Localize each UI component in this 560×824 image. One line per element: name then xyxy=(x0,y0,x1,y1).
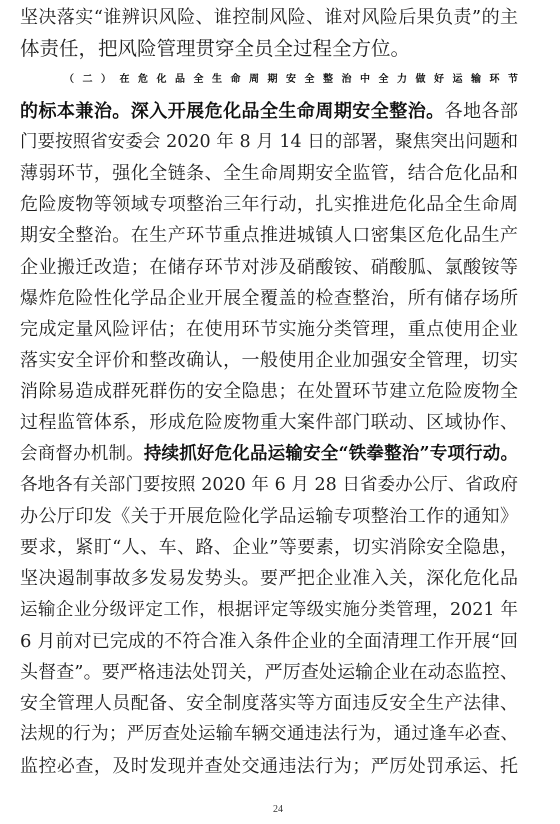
paragraph-text: 期安全整治。在生产环节重点推进城镇人口密集区危化品生产 xyxy=(20,225,518,246)
paragraph-text: 落实安全评价和整改确认，一般使用企业加强安全管理，切实 xyxy=(20,350,518,371)
text-line: 运输企业分级评定工作，根据评定等级实施分类管理，2021 年 xyxy=(20,595,518,626)
paragraph-text: 各地各有关部门要按照 2020 年 6 月 28 日省委办公厅、省政府 xyxy=(20,475,518,495)
text-line: 办公厅印发《关于开展危险化学品运输专项整治工作的通知》 xyxy=(20,501,518,532)
text-line: 体责任，把风险管理贯穿全员全过程全方位。 xyxy=(20,33,518,64)
text-line: 头督查”。要严格违法处罚关，严厉查处运输企业在动态监控、 xyxy=(20,657,518,688)
paragraph-text: 门要按照省安委会 2020 年 8 月 14 日的部署，聚焦突出问题和 xyxy=(20,132,518,152)
paragraph-text: 消除易造成群死群伤的安全隐患；在处置环节建立危险废物全 xyxy=(20,381,518,402)
text-line: （二）在危化品全生命周期安全整治中全力做好运输环节 xyxy=(20,64,518,95)
paragraph-text: 各地各部 xyxy=(445,101,518,122)
text-line: 完成定量风险评估；在使用环节实施分类管理，重点使用企业 xyxy=(20,314,518,345)
text-line: 坚决落实“谁辨识风险、谁控制风险、谁对风险后果负责”的主 xyxy=(20,2,518,33)
text-line: 要求，紧盯“人、车、路、企业”等要素，切实消除安全隐患， xyxy=(20,532,518,563)
page-number: 24 xyxy=(0,804,556,815)
bold-heading-text: 持续抓好危化品运输安全“铁拳整治”专项行动。 xyxy=(144,444,518,464)
paragraph-text: 要求，紧盯“人、车、路、企业”等要素，切实消除安全隐患， xyxy=(20,537,518,558)
paragraph-text: 头督查”。要严格违法处罚关，严厉查处运输企业在动态监控、 xyxy=(20,662,518,683)
text-line: 消除易造成群死群伤的安全隐患；在处置环节建立危险废物全 xyxy=(20,376,518,407)
text-line: 门要按照省安委会 2020 年 8 月 14 日的部署，聚焦突出问题和 xyxy=(20,127,518,158)
paragraph-text: 企业搬迁改造；在储存环节对涉及硝酸铵、硝酸胍、氯酸铵等 xyxy=(20,257,518,278)
bold-heading-text: 的标本兼治。深入开展危化品全生命周期安全整治。 xyxy=(20,101,445,122)
paragraph-text: 完成定量风险评估；在使用环节实施分类管理，重点使用企业 xyxy=(20,319,518,340)
text-line: 过程监管体系，形成危险废物重大案件部门联动、区域协作、 xyxy=(20,407,518,438)
text-line: 危险废物等领域专项整治三年行动，扎实推进危化品全生命周 xyxy=(20,189,518,220)
text-line: 期安全整治。在生产环节重点推进城镇人口密集区危化品生产 xyxy=(20,220,518,251)
text-line: 各地各有关部门要按照 2020 年 6 月 28 日省委办公厅、省政府 xyxy=(20,470,518,501)
paragraph-text: 薄弱环节，强化全链条、全生命周期安全监管，结合危化品和 xyxy=(20,163,518,184)
text-line: 监控必查，及时发现并查处交通违法行为；严厉处罚承运、托 xyxy=(20,751,518,782)
text-line: 爆炸危险性化学品企业开展全覆盖的检查整治，所有储存场所 xyxy=(20,283,518,314)
paragraph-text: 坚决落实“谁辨识风险、谁控制风险、谁对风险后果负责”的主 xyxy=(20,7,518,28)
paragraph-text: 会商督办机制。 xyxy=(20,444,144,464)
paragraph-text: 安全管理人员配备、安全制度落实等方面违反安全生产法律、 xyxy=(20,693,518,714)
text-line: 的标本兼治。深入开展危化品全生命周期安全整治。各地各部 xyxy=(20,96,518,127)
text-line: 薄弱环节，强化全链条、全生命周期安全监管，结合危化品和 xyxy=(20,158,518,189)
text-line: 落实安全评价和整改确认，一般使用企业加强安全管理，切实 xyxy=(20,345,518,376)
paragraph-text: 法规的行为；严厉查处运输车辆交通违法行为，通过逢车必查、 xyxy=(20,724,518,744)
paragraph-text: 爆炸危险性化学品企业开展全覆盖的检查整治，所有储存场所 xyxy=(20,288,518,309)
text-line: 6 月前对已完成的不符合准入条件企业的全面清理工作开展“回 xyxy=(20,626,518,657)
body-text: 坚决落实“谁辨识风险、谁控制风险、谁对风险后果负责”的主体责任，把风险管理贯穿全… xyxy=(20,2,518,782)
paragraph-text: 坚决遏制事故多发易发势头。要严把企业准入关，深化危化品 xyxy=(20,568,518,589)
text-line: 企业搬迁改造；在储存环节对涉及硝酸铵、硝酸胍、氯酸铵等 xyxy=(20,252,518,283)
text-line: 会商督办机制。持续抓好危化品运输安全“铁拳整治”专项行动。 xyxy=(20,439,518,470)
paragraph-text: 体责任，把风险管理贯穿全员全过程全方位。 xyxy=(20,37,410,60)
paragraph-text: 监控必查，及时发现并查处交通违法行为；严厉处罚承运、托 xyxy=(20,756,518,777)
paragraph-text: 过程监管体系，形成危险废物重大案件部门联动、区域协作、 xyxy=(20,412,518,433)
paragraph-text: 运输企业分级评定工作，根据评定等级实施分类管理，2021 年 xyxy=(20,600,518,620)
text-line: 坚决遏制事故多发易发势头。要严把企业准入关，深化危化品 xyxy=(20,563,518,594)
document-page: 坚决落实“谁辨识风险、谁控制风险、谁对风险后果负责”的主体责任，把风险管理贯穿全… xyxy=(0,0,560,824)
text-line: 安全管理人员配备、安全制度落实等方面违反安全生产法律、 xyxy=(20,688,518,719)
paragraph-text: 6 月前对已完成的不符合准入条件企业的全面清理工作开展“回 xyxy=(20,631,518,652)
paragraph-text: 办公厅印发《关于开展危险化学品运输专项整治工作的通知》 xyxy=(20,506,518,527)
bold-heading-text: （二）在危化品全生命周期安全整治中全力做好运输环节 xyxy=(64,74,518,85)
text-line: 法规的行为；严厉查处运输车辆交通违法行为，通过逢车必查、 xyxy=(20,719,518,750)
paragraph-text: 危险废物等领域专项整治三年行动，扎实推进危化品全生命周 xyxy=(20,194,518,215)
